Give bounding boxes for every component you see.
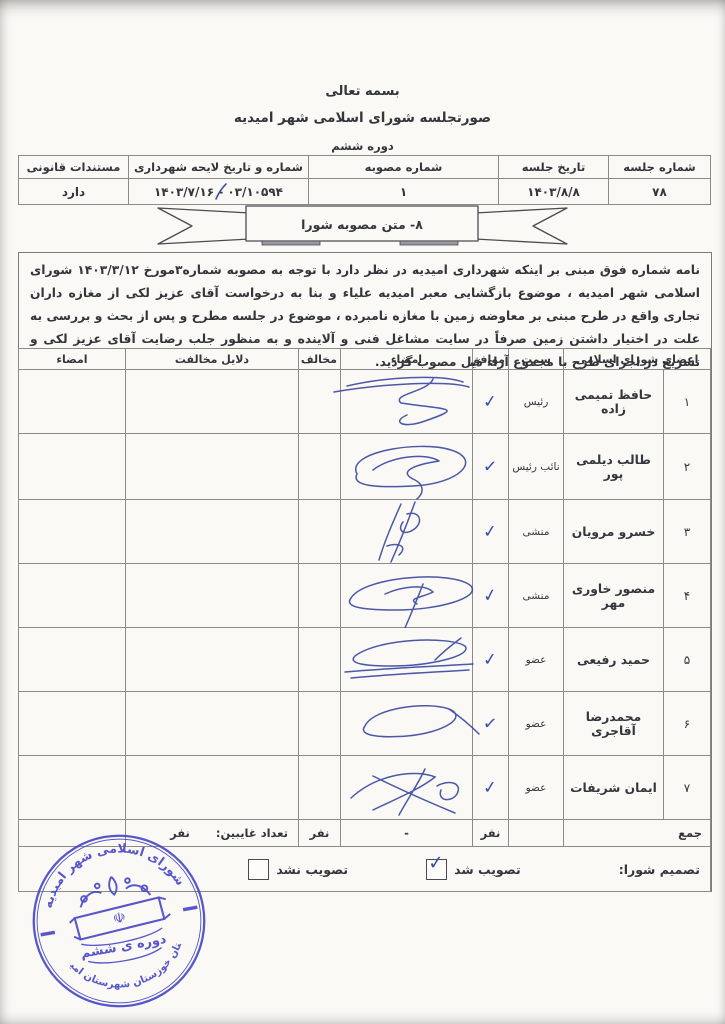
- member-name: خسرو مرویان: [564, 500, 664, 564]
- approved-option: تصویب شد ✓: [426, 859, 521, 880]
- table-row-member-7: ۷ ایمان شریفات عضو ✓: [19, 756, 711, 820]
- agree-check-mark: ✓: [482, 584, 500, 606]
- member-no: ۳: [664, 500, 711, 564]
- member-position: منشی: [509, 500, 564, 564]
- signature-cell: [341, 370, 473, 434]
- term-line: دوره ششم: [0, 139, 725, 153]
- member-name: حمید رفیعی: [564, 628, 664, 692]
- member-name: محمدرضا آقاجری: [564, 692, 664, 756]
- signature-total-dash: -: [341, 820, 473, 847]
- signature-scribble: [327, 500, 487, 564]
- member-name: ایمان شریفات: [564, 756, 664, 820]
- col-header-session-date: تاریخ جلسه: [499, 156, 609, 179]
- table-row-member-2: ۲ طالب دیلمی پور نائب رئیس ✓: [19, 434, 711, 500]
- iran-emblem-icon: ☫: [112, 910, 127, 928]
- col-header-signature-2: امضاء: [19, 349, 126, 370]
- resolution-text: نامه شماره فوق مبنی بر اینکه شهرداری امی…: [19, 253, 711, 348]
- signature-cell: [341, 756, 473, 820]
- agree-check-mark: ✓: [482, 391, 498, 412]
- session-info-table: شماره جلسه تاریخ جلسه شماره مصوبه شماره …: [18, 155, 711, 205]
- council-stamp: شورای اسلامی شهر امیدیه استان خوزستان شه…: [14, 816, 225, 1024]
- signature-scribble: [327, 434, 487, 500]
- member-no: ۷: [664, 756, 711, 820]
- col-header-session-no: شماره جلسه: [609, 156, 711, 179]
- session-date-value: ۱۴۰۳/۸/۸: [499, 179, 609, 205]
- col-header-bill-no-date: شماره و تاریخ لایحه شهرداری: [129, 156, 309, 179]
- member-position: عضو: [509, 756, 564, 820]
- session-no-value: ۷۸: [609, 179, 711, 205]
- bill-no-date-text: ۱۴۰۳/۷/۱۶ - ۰۳/۱۰۵۹۴: [154, 185, 283, 199]
- member-no: ۵: [664, 628, 711, 692]
- legal-docs-value: دارد: [19, 179, 129, 205]
- not-approved-label: تصویب نشد: [276, 862, 348, 877]
- page-title: صورتجلسه شورای اسلامی شهر امیدیه: [0, 110, 725, 126]
- table-row-member-1: ۱ حافظ تمیمی زاده رئیس ✓: [19, 370, 711, 434]
- signature-cell: [341, 434, 473, 500]
- approved-label: تصویب شد: [454, 862, 521, 877]
- resolution-no-value: ۱: [309, 179, 499, 205]
- member-position: عضو: [509, 692, 564, 756]
- signature-cell: [341, 500, 473, 564]
- resolution-section: نامه شماره فوق مبنی بر اینکه شهرداری امی…: [18, 252, 712, 892]
- agree-check-mark: ✓: [482, 649, 498, 670]
- signature-scribble: [327, 756, 487, 820]
- signature-cell: [341, 692, 473, 756]
- approved-check-mark: ✓: [427, 851, 444, 874]
- table-row-member-5: ۵ حمید رفیعی عضو ✓: [19, 628, 711, 692]
- oppose-count-unit: نفر: [299, 820, 341, 847]
- signature-scribble: [327, 628, 487, 692]
- member-position: نائب رئیس: [509, 434, 564, 500]
- totals-label: جمع: [564, 820, 711, 847]
- not-approved-checkbox[interactable]: [248, 859, 269, 880]
- member-position: رئیس: [509, 370, 564, 434]
- member-position: منشی: [509, 564, 564, 628]
- member-position: عضو: [509, 628, 564, 692]
- member-no: ۴: [664, 564, 711, 628]
- signature-scribble: [327, 564, 487, 628]
- agree-check-mark: ✓: [482, 713, 498, 734]
- member-name: حافظ تمیمی زاده: [564, 370, 664, 434]
- member-name: منصور خاوری مهر: [564, 564, 664, 628]
- bismillah-line: بسمه تعالی: [0, 84, 725, 99]
- agree-check-mark: ✓: [482, 777, 498, 798]
- members-vote-table: اعضای شورای اسلامی سمت موافق امضاء مخالف…: [18, 348, 711, 892]
- agree-check-mark: ✓: [482, 521, 498, 542]
- bill-no-date-value: ۱۴۰۳/۷/۱۶ - ۰۳/۱۰۵۹۴: [129, 179, 309, 205]
- decision-label: تصمیم شورا:: [619, 862, 700, 877]
- agree-count-unit: نفر: [473, 820, 509, 847]
- col-header-resolution-no: شماره مصوبه: [309, 156, 499, 179]
- scanned-council-minutes: بسمه تعالی صورتجلسه شورای اسلامی شهر امی…: [0, 0, 725, 1024]
- col-header-oppose-reasons: دلایل مخالفت: [126, 349, 299, 370]
- col-header-legal-docs: مستندات قانونی: [19, 156, 129, 179]
- member-name: طالب دیلمی پور: [564, 434, 664, 500]
- not-approved-option: تصویب نشد: [248, 859, 348, 880]
- col-header-oppose: مخالف: [299, 349, 341, 370]
- absent-label: تعداد غایبین:: [216, 826, 288, 840]
- member-no: ۲: [664, 434, 711, 500]
- table-row-member-4: ۴ منصور خاوری مهر منشی ✓: [19, 564, 711, 628]
- approved-checkbox[interactable]: ✓: [426, 859, 447, 880]
- resolution-banner: ۸- متن مصوبه شورا: [150, 202, 575, 250]
- signature-cell: [341, 564, 473, 628]
- table-row-member-6: ۶ محمدرضا آقاجری عضو ✓: [19, 692, 711, 756]
- member-no: ۶: [664, 692, 711, 756]
- agree-check-mark: ✓: [483, 456, 499, 477]
- member-no: ۱: [664, 370, 711, 434]
- table-row-member-3: ۳ خسرو مرویان منشی ✓: [19, 500, 711, 564]
- signature-scribble: [327, 370, 487, 434]
- signature-cell: [341, 628, 473, 692]
- banner-title: ۸- متن مصوبه شورا: [246, 208, 478, 240]
- signature-scribble: [327, 692, 487, 756]
